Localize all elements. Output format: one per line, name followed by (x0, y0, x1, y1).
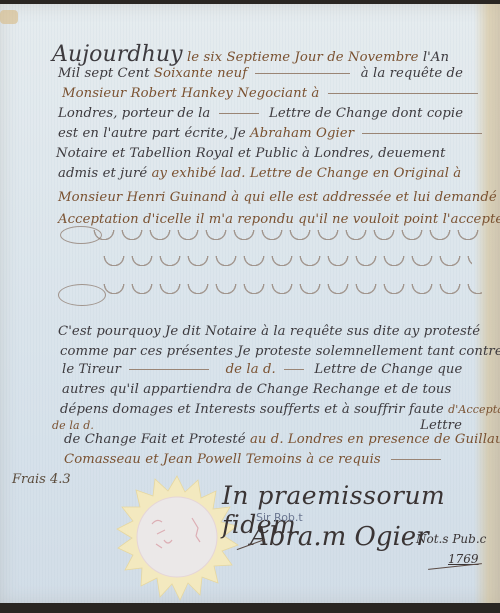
body-line-2: Mil sept Cent Soixante neuf à la requête… (58, 66, 463, 81)
protest-line-2: comme par ces présentes Je proteste sole… (60, 344, 500, 359)
signature-title: Not.s Pub.c (416, 532, 486, 546)
filled-text: ay exhibé lad. Lettre de Change en Origi… (152, 166, 462, 181)
protest-line-5: dépens domages et Interests soufferts et… (60, 402, 500, 417)
filler-stroke (391, 459, 441, 460)
filler-stroke (255, 73, 350, 74)
printed-text: autres qu'il appartiendra de Change Rech… (62, 382, 451, 397)
body-line-4: Londres, porteur de la Lettre de Change … (58, 106, 463, 121)
protest-line-7: de Change Fait et Protesté au d. Londres… (64, 432, 500, 447)
printed-text: Lettre de Change dont copie (269, 106, 463, 121)
filled-text: Abraham Ogier (250, 126, 354, 141)
printed-text: le Tireur (62, 362, 121, 377)
filler-stroke (362, 133, 482, 134)
printed-text: Mil sept Cent (58, 66, 150, 81)
body-line-7: admis et juré ay exhibé lad. Lettre de C… (58, 166, 461, 181)
filler-stroke (328, 93, 478, 94)
protest-line-6: de la d. Lettre (52, 418, 492, 433)
protest-line-4: autres qu'il appartiendra de Change Rech… (62, 382, 451, 397)
printed-text: est en l'autre part écrite, Je (58, 126, 246, 141)
paper-stain-corner (0, 10, 18, 24)
flourish-line (90, 230, 480, 240)
printed-text: Aujourdhuy (52, 42, 183, 67)
filled-text: au d. Londres en presence de Guillaume (250, 432, 500, 447)
filler-stroke (284, 369, 304, 370)
filler-stroke (129, 369, 209, 370)
signature-name: Abra.m Ogier (250, 522, 429, 552)
body-line-3: Monsieur Robert Hankey Negociant à (62, 86, 478, 101)
filled-text: Soixante neuf (154, 66, 247, 81)
body-line-8: Monsieur Henri Guinand à qui elle est ad… (58, 190, 497, 205)
filled-text: de la d. (226, 362, 276, 377)
body-line-5: est en l'autre part écrite, Je Abraham O… (58, 126, 482, 141)
body-line-6: Notaire et Tabellion Royal et Public à L… (56, 146, 446, 161)
printed-text: de Change Fait et Protesté (64, 432, 246, 447)
filled-text: Acceptation d'icelle il m'a repondu qu'i… (58, 212, 500, 227)
protest-line-8: Comasseau et Jean Powell Temoins à ce re… (64, 452, 441, 467)
body-line-9: Acceptation d'icelle il m'a repondu qu'i… (58, 212, 500, 227)
filled-text: Comasseau et Jean Powell Temoins à ce re… (64, 452, 381, 467)
printed-text: Notaire et Tabellion Royal et Public à L… (56, 146, 446, 161)
filled-text: Monsieur Henri Guinand à qui elle est ad… (58, 190, 497, 205)
printed-text: Lettre de Change que (314, 362, 462, 377)
printed-text: dépens domages et Interests soufferts et… (60, 402, 444, 417)
printed-text: comme par ces présentes Je proteste sole… (60, 344, 500, 359)
scan-background (0, 603, 500, 613)
filler-stroke (219, 113, 259, 114)
flourish-line (100, 256, 472, 266)
printed-text: Londres, porteur de la (58, 106, 210, 121)
printed-text: l'An (423, 50, 449, 65)
flourish-loop (58, 284, 106, 306)
printed-text: admis et juré (58, 166, 147, 181)
filled-text: d'Acceptation (448, 403, 500, 416)
flourish-line (100, 284, 482, 294)
protest-line-1: C'est pourquoy Je dit Notaire à la requê… (58, 324, 480, 339)
fees-note: Frais 4.3 (12, 472, 71, 487)
document-sheet: Aujourdhuy le six Septieme Jour de Novem… (0, 4, 500, 604)
body-line-1: Aujourdhuy le six Septieme Jour de Novem… (52, 42, 449, 67)
filled-text: le six Septieme Jour de Novembre (187, 50, 419, 65)
printed-text: à la requête de (361, 66, 463, 81)
filled-text: Monsieur Robert Hankey Negociant à (62, 86, 319, 101)
protest-line-3: le Tireur de la d. Lettre de Change que (62, 362, 462, 377)
printed-text: C'est pourquoy Je dit Notaire à la requê… (58, 324, 480, 339)
printed-text: Lettre (420, 418, 462, 433)
filled-text: de la d. (52, 419, 94, 432)
